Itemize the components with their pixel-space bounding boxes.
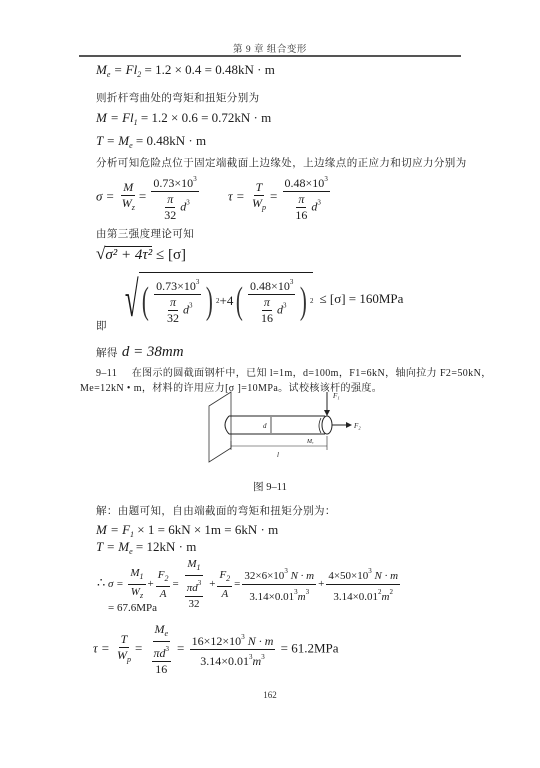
svg-text:F₁: F₁ — [332, 392, 340, 400]
equation-t2: T = Me = 12kN · m — [96, 539, 196, 556]
figure-shaft-diagram: d F₁ F₂ Mₑ l — [203, 386, 363, 464]
text-solution-intro: 解：由题可知，自由端截面的弯矩和扭矩分别为： — [96, 503, 336, 518]
text-danger-point: 分析可知危险点位于固定端截面上边缘处，上边缘点的正应力和切应力分别为 — [96, 155, 467, 170]
text-moment-intro: 则折杆弯曲处的弯矩和扭矩分别为 — [96, 90, 260, 105]
text-third-theory: 由第三强度理论可知 — [96, 226, 194, 241]
svg-text:F₂: F₂ — [353, 422, 361, 430]
svg-text:Mₑ: Mₑ — [306, 439, 314, 445]
equation-sigma: σ = M Wz = 0.73×103 π32d3 — [96, 172, 201, 223]
equation-sigma2-result: = 67.6MPa — [108, 602, 157, 614]
therefore-symbol: ∴ — [97, 575, 105, 591]
equation-tau: τ = T Wp = 0.48×103 π16d3 — [228, 172, 332, 223]
label-ji: 即 — [96, 318, 107, 333]
equation-criterion: √σ² + 4τ² ≤ [σ] — [96, 244, 186, 264]
equation-t: T = Me = 0.48kN · m — [96, 133, 206, 150]
svg-text:d: d — [263, 422, 267, 430]
header-divider — [79, 55, 461, 57]
equation-m: M = Fl1 = 1.2 × 0.6 = 0.72kN · m — [96, 110, 271, 127]
equation-tau2: τ = TWp= Meπd316= 16×12×103 N · m3.14×0.… — [93, 622, 339, 677]
equation-me: Me = Fl2 = 1.2 × 0.4 = 0.48kN · m — [96, 62, 275, 79]
svg-text:l: l — [277, 451, 279, 459]
problem-line-1: 9–11 在图示的圆截面钢杆中，已知 l=1m，d=100m，F1=6kN，轴向… — [96, 364, 492, 379]
solve-line: 解得 d = 38mm — [96, 343, 184, 361]
equation-m2: M = F1 × 1 = 6kN × 1m = 6kN · m — [96, 522, 278, 539]
shaft-diagram-svg: d F₁ F₂ Mₑ l — [203, 386, 363, 464]
chapter-header: 第 9 章 组合变形 — [0, 41, 540, 55]
page-number: 162 — [0, 690, 540, 700]
figure-caption: 图 9–11 — [0, 479, 540, 494]
equation-expanded: √ ( 0.73×103 π32d3 )2 +4 ( 0.48×103 π16d… — [118, 272, 403, 326]
